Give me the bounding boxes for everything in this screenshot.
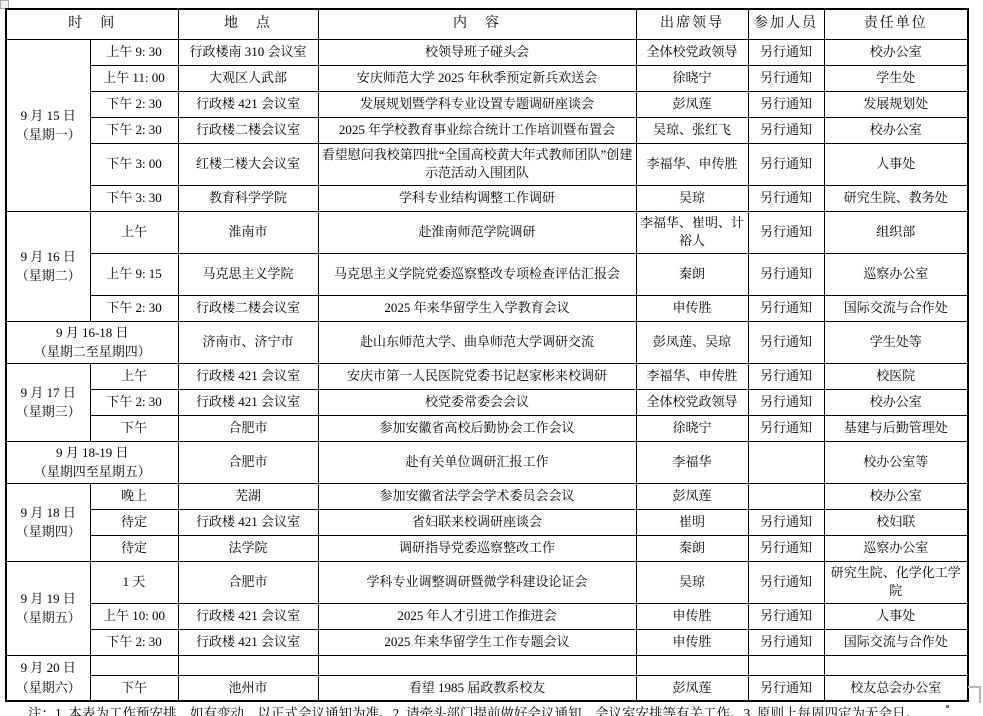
date-cell: 9 月 17 日（星期三） <box>6 363 90 441</box>
participants-cell: 另行通知 <box>748 143 824 185</box>
table-row: 上午 9: 15马克思主义学院马克思主义学院党委巡察整改专项检查评估汇报会秦朗另… <box>6 253 968 295</box>
participants-cell <box>748 655 824 675</box>
time-cell: 上午 11: 00 <box>90 65 178 91</box>
date-cell: 9 月 16-18 日（星期二至星期四） <box>6 321 178 363</box>
time-cell <box>90 655 178 675</box>
time-cell: 下午 2: 30 <box>90 629 178 655</box>
date-cell: 9 月 19 日（星期五） <box>6 561 90 655</box>
table-row: 9 月 16-18 日（星期二至星期四）济南市、济宁市赴山东师范大学、曲阜师范大… <box>6 321 968 363</box>
leaders-cell: 彭凤莲 <box>636 675 748 701</box>
leaders-cell: 吴琼、张红飞 <box>636 117 748 143</box>
content-cell: 安庆市第一人民医院党委书记赵家彬来校调研 <box>318 363 636 389</box>
table-row: 9 月 20 日（星期六） <box>6 655 968 675</box>
header-place: 地 点 <box>178 9 318 39</box>
time-cell: 下午 <box>90 675 178 701</box>
content-cell: 看望 1985 届政教系校友 <box>318 675 636 701</box>
content-cell: 学科专业调整调研暨微学科建设论证会 <box>318 561 636 603</box>
leaders-cell: 李福华、崔明、计裕人 <box>636 211 748 253</box>
leaders-cell: 李福华、申传胜 <box>636 363 748 389</box>
content-cell: 参加安徽省高校后勤协会工作会议 <box>318 415 636 441</box>
leaders-cell: 彭凤莲、吴琼 <box>636 321 748 363</box>
date-cell: 9 月 20 日（星期六） <box>6 655 90 701</box>
time-cell: 1 天 <box>90 561 178 603</box>
time-cell: 上午 <box>90 211 178 253</box>
content-cell: 赴山东师范大学、曲阜师范大学调研交流 <box>318 321 636 363</box>
participants-cell: 另行通知 <box>748 91 824 117</box>
unit-cell: 校办公室 <box>824 117 968 143</box>
content-cell: 赴淮南师范学院调研 <box>318 211 636 253</box>
place-cell: 行政楼南 310 会议室 <box>178 39 318 65</box>
table-row: 9 月 17 日（星期三）上午行政楼 421 会议室安庆市第一人民医院党委书记赵… <box>6 363 968 389</box>
time-cell: 上午 9: 30 <box>90 39 178 65</box>
header-unit: 责任单位 <box>824 9 968 39</box>
leaders-cell: 全体校党政领导 <box>636 389 748 415</box>
unit-cell: 校办公室 <box>824 389 968 415</box>
participants-cell: 另行通知 <box>748 535 824 561</box>
time-cell: 晚上 <box>90 483 178 509</box>
place-cell: 济南市、济宁市 <box>178 321 318 363</box>
content-cell: 2025 年学校教育事业综合统计工作培训暨布置会 <box>318 117 636 143</box>
unit-cell: 研究生院、教务处 <box>824 185 968 211</box>
place-cell: 淮南市 <box>178 211 318 253</box>
date-cell: 9 月 15 日（星期一） <box>6 39 90 211</box>
participants-cell: 另行通知 <box>748 185 824 211</box>
time-cell: 上午 <box>90 363 178 389</box>
time-cell: 下午 2: 30 <box>90 389 178 415</box>
table-row: 下午 2: 30行政楼二楼会议室2025 年来华留学生入学教育会议申传胜另行通知… <box>6 295 968 321</box>
table-row: 9 月 18 日（星期四）晚上芜湖参加安徽省法学会学术委员会会议彭凤莲校办公室 <box>6 483 968 509</box>
place-cell: 行政楼二楼会议室 <box>178 295 318 321</box>
table-row: 下午合肥市参加安徽省高校后勤协会工作会议徐晓宁另行通知基建与后勤管理处 <box>6 415 968 441</box>
content-cell: 发展规划暨学科专业设置专题调研座谈会 <box>318 91 636 117</box>
schedule-sheet: 时 间 地 点 内 容 出席领导 参加人员 责任单位 9 月 15 日（星期一）… <box>5 8 969 702</box>
place-cell <box>178 655 318 675</box>
participants-cell: 另行通知 <box>748 117 824 143</box>
place-cell: 教育科学学院 <box>178 185 318 211</box>
time-cell: 下午 3: 00 <box>90 143 178 185</box>
place-cell: 行政楼 421 会议室 <box>178 363 318 389</box>
table-row: 上午 10: 00行政楼 421 会议室2025 年人才引进工作推进会申传胜另行… <box>6 603 968 629</box>
table-row: 9 月 15 日（星期一）上午 9: 30行政楼南 310 会议室校领导班子碰头… <box>6 39 968 65</box>
header-row: 时 间 地 点 内 容 出席领导 参加人员 责任单位 <box>6 9 968 39</box>
unit-cell: 校妇联 <box>824 509 968 535</box>
unit-cell: 人事处 <box>824 143 968 185</box>
leaders-cell: 徐晓宁 <box>636 415 748 441</box>
unit-cell: 校办公室 <box>824 39 968 65</box>
content-cell: 看望慰问我校第四批“全国高校黄大年式教师团队”创建示范活动入围团队 <box>318 143 636 185</box>
leaders-cell: 全体校党政领导 <box>636 39 748 65</box>
unit-cell: 巡察办公室 <box>824 535 968 561</box>
table-row: 下午 2: 30行政楼二楼会议室2025 年学校教育事业综合统计工作培训暨布置会… <box>6 117 968 143</box>
place-cell: 芜湖 <box>178 483 318 509</box>
document-page: { "header": { "time": "时 间", "place": "地… <box>0 0 983 716</box>
content-cell: 2025 年来华留学生工作专题会议 <box>318 629 636 655</box>
leaders-cell: 李福华、申传胜 <box>636 143 748 185</box>
leaders-cell: 崔明 <box>636 509 748 535</box>
participants-cell <box>748 483 824 509</box>
participants-cell: 另行通知 <box>748 675 824 701</box>
participants-cell: 另行通知 <box>748 321 824 363</box>
unit-cell: 发展规划处 <box>824 91 968 117</box>
content-cell: 校领导班子碰头会 <box>318 39 636 65</box>
leaders-cell: 秦朗 <box>636 535 748 561</box>
table-row: 下午 2: 30行政楼 421 会议室2025 年来华留学生工作专题会议申传胜另… <box>6 629 968 655</box>
time-cell: 下午 2: 30 <box>90 91 178 117</box>
participants-cell: 另行通知 <box>748 295 824 321</box>
table-row: 下午 2: 30行政楼 421 会议室校党委常委会会议全体校党政领导另行通知校办… <box>6 389 968 415</box>
leaders-cell: 吴琼 <box>636 185 748 211</box>
table-row: 待定行政楼 421 会议室省妇联来校调研座谈会崔明另行通知校妇联 <box>6 509 968 535</box>
unit-cell: 组织部 <box>824 211 968 253</box>
leaders-cell: 申传胜 <box>636 295 748 321</box>
table-row: 下午 3: 30教育科学学院学科专业结构调整工作调研吴琼另行通知研究生院、教务处 <box>6 185 968 211</box>
content-cell: 赴有关单位调研汇报工作 <box>318 441 636 483</box>
header-time: 时 间 <box>6 9 178 39</box>
place-cell: 马克思主义学院 <box>178 253 318 295</box>
participants-cell: 另行通知 <box>748 603 824 629</box>
table-row: 待定法学院调研指导党委巡察整改工作秦朗另行通知巡察办公室 <box>6 535 968 561</box>
place-cell: 红楼二楼大会议室 <box>178 143 318 185</box>
participants-cell: 另行通知 <box>748 561 824 603</box>
unit-cell: 人事处 <box>824 603 968 629</box>
content-cell: 安庆师范大学 2025 年秋季预定新兵欢送会 <box>318 65 636 91</box>
unit-cell: 校友总会办公室 <box>824 675 968 701</box>
place-cell: 行政楼二楼会议室 <box>178 117 318 143</box>
table-row: 下午池州市看望 1985 届政教系校友彭凤莲另行通知校友总会办公室 <box>6 675 968 701</box>
content-cell: 调研指导党委巡察整改工作 <box>318 535 636 561</box>
unit-cell: 学生处 <box>824 65 968 91</box>
table-row: 9 月 18-19 日（星期四至星期五）合肥市赴有关单位调研汇报工作李福华校办公… <box>6 441 968 483</box>
place-cell: 法学院 <box>178 535 318 561</box>
unit-cell: 巡察办公室 <box>824 253 968 295</box>
participants-cell: 另行通知 <box>748 39 824 65</box>
participants-cell: 另行通知 <box>748 389 824 415</box>
content-cell: 参加安徽省法学会学术委员会会议 <box>318 483 636 509</box>
unit-cell: 校办公室等 <box>824 441 968 483</box>
time-cell: 待定 <box>90 535 178 561</box>
participants-cell: 另行通知 <box>748 65 824 91</box>
leaders-cell: 彭凤莲 <box>636 91 748 117</box>
unit-cell: 国际交流与合作处 <box>824 629 968 655</box>
unit-cell: 学生处等 <box>824 321 968 363</box>
header-leaders: 出席领导 <box>636 9 748 39</box>
date-cell: 9 月 18-19 日（星期四至星期五） <box>6 441 178 483</box>
place-cell: 行政楼 421 会议室 <box>178 509 318 535</box>
leaders-cell: 申传胜 <box>636 629 748 655</box>
schedule-table-body: 9 月 15 日（星期一）上午 9: 30行政楼南 310 会议室校领导班子碰头… <box>6 39 968 701</box>
content-cell: 校党委常委会会议 <box>318 389 636 415</box>
unit-cell: 国际交流与合作处 <box>824 295 968 321</box>
place-cell: 池州市 <box>178 675 318 701</box>
place-cell: 大观区人武部 <box>178 65 318 91</box>
place-cell: 合肥市 <box>178 415 318 441</box>
participants-cell: 另行通知 <box>748 363 824 389</box>
content-cell: 省妇联来校调研座谈会 <box>318 509 636 535</box>
date-cell: 9 月 18 日（星期四） <box>6 483 90 561</box>
participants-cell: 另行通知 <box>748 629 824 655</box>
table-row: 9 月 16 日（星期二）上午淮南市赴淮南师范学院调研李福华、崔明、计裕人另行通… <box>6 211 968 253</box>
time-cell: 下午 2: 30 <box>90 117 178 143</box>
table-row: 9 月 19 日（星期五）1 天合肥市学科专业调整调研暨微学科建设论证会吴琼另行… <box>6 561 968 603</box>
unit-cell: 研究生院、化学化工学院 <box>824 561 968 603</box>
content-cell <box>318 655 636 675</box>
place-cell: 行政楼 421 会议室 <box>178 91 318 117</box>
table-row: 上午 11: 00大观区人武部安庆师范大学 2025 年秋季预定新兵欢送会徐晓宁… <box>6 65 968 91</box>
date-cell: 9 月 16 日（星期二） <box>6 211 90 321</box>
schedule-table: 时 间 地 点 内 容 出席领导 参加人员 责任单位 9 月 15 日（星期一）… <box>5 8 969 702</box>
leaders-cell: 彭凤莲 <box>636 483 748 509</box>
leaders-cell <box>636 655 748 675</box>
content-cell: 学科专业结构调整工作调研 <box>318 185 636 211</box>
place-cell: 行政楼 421 会议室 <box>178 603 318 629</box>
participants-cell: 另行通知 <box>748 211 824 253</box>
participants-cell: 另行通知 <box>748 415 824 441</box>
time-cell: 下午 <box>90 415 178 441</box>
place-cell: 合肥市 <box>178 441 318 483</box>
time-cell: 上午 9: 15 <box>90 253 178 295</box>
header-content: 内 容 <box>318 9 636 39</box>
time-cell: 下午 2: 30 <box>90 295 178 321</box>
footnote: 注：1. 本表为工作预安排，如有变动，以正式会议通知为准。2. 请牵头部门提前做… <box>28 702 919 716</box>
leaders-cell: 徐晓宁 <box>636 65 748 91</box>
unit-cell: 校办公室 <box>824 483 968 509</box>
participants-cell <box>748 441 824 483</box>
unit-cell <box>824 655 968 675</box>
table-resize-handle[interactable] <box>968 686 981 703</box>
participants-cell: 另行通知 <box>748 509 824 535</box>
participants-cell: 另行通知 <box>748 253 824 295</box>
unit-cell: 基建与后勤管理处 <box>824 415 968 441</box>
time-cell: 待定 <box>90 509 178 535</box>
leaders-cell: 申传胜 <box>636 603 748 629</box>
content-cell: 2025 年人才引进工作推进会 <box>318 603 636 629</box>
leaders-cell: 吴琼 <box>636 561 748 603</box>
artifact-dot <box>946 705 949 708</box>
place-cell: 行政楼 421 会议室 <box>178 389 318 415</box>
unit-cell: 校医院 <box>824 363 968 389</box>
place-cell: 合肥市 <box>178 561 318 603</box>
place-cell: 行政楼 421 会议室 <box>178 629 318 655</box>
header-participants: 参加人员 <box>748 9 824 39</box>
content-cell: 2025 年来华留学生入学教育会议 <box>318 295 636 321</box>
leaders-cell: 秦朗 <box>636 253 748 295</box>
leaders-cell: 李福华 <box>636 441 748 483</box>
table-row: 下午 2: 30行政楼 421 会议室发展规划暨学科专业设置专题调研座谈会彭凤莲… <box>6 91 968 117</box>
time-cell: 下午 3: 30 <box>90 185 178 211</box>
table-row: 下午 3: 00红楼二楼大会议室看望慰问我校第四批“全国高校黄大年式教师团队”创… <box>6 143 968 185</box>
time-cell: 上午 10: 00 <box>90 603 178 629</box>
content-cell: 马克思主义学院党委巡察整改专项检查评估汇报会 <box>318 253 636 295</box>
